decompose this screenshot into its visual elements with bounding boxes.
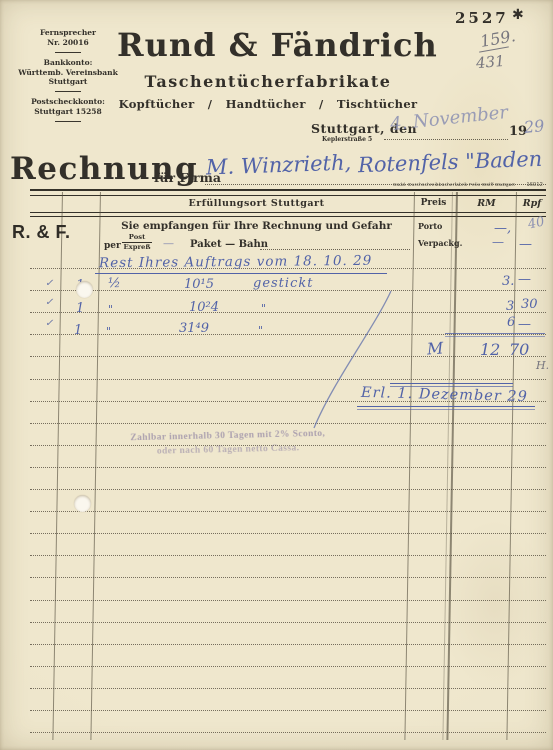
invoice-scan: Fernsprecher Nr. 20016 Bankkonto: Württe… xyxy=(0,0,553,750)
payment-terms-stamp: Zahlbar innerhalb 30 Tagen mit 2% Sconto… xyxy=(100,426,357,460)
punch-hole xyxy=(76,281,93,298)
punch-hole xyxy=(74,495,91,512)
diagonal-pen-stroke xyxy=(0,0,553,750)
